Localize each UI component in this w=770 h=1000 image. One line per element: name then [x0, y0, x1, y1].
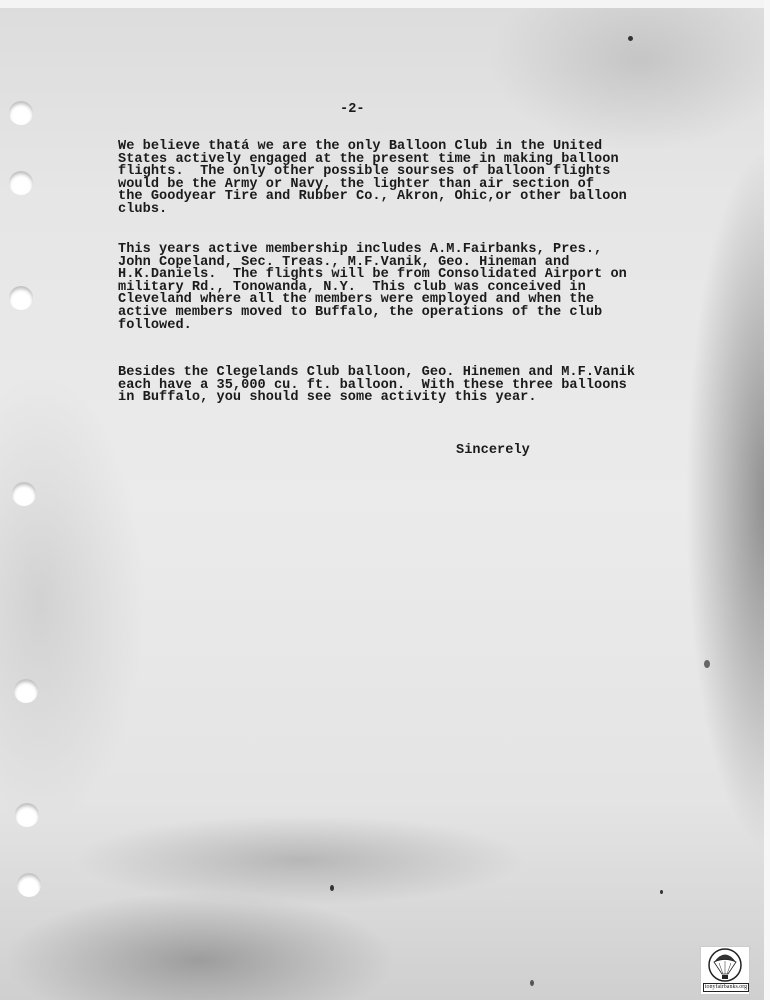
ink-speck	[660, 890, 663, 894]
scan-top-edge	[0, 0, 770, 8]
punch-hole	[17, 873, 41, 897]
watermark-text: tonyfairbanks.org	[703, 983, 749, 992]
paragraph-1: We believe thatá we are the only Balloon…	[118, 141, 627, 217]
punch-hole	[14, 679, 38, 703]
ink-speck	[330, 885, 334, 891]
watermark-logo: tonyfairbanks.org	[700, 946, 750, 995]
punch-hole	[12, 482, 36, 506]
punch-hole	[9, 286, 33, 310]
ink-speck	[628, 36, 633, 41]
scanned-letter-page: -2- We believe thatá we are the only Bal…	[0, 0, 770, 1000]
scan-right-edge	[764, 0, 770, 1000]
punch-hole	[9, 101, 33, 125]
hot-air-balloon-icon	[701, 947, 749, 985]
ink-speck	[530, 980, 534, 986]
punch-hole	[15, 803, 39, 827]
ink-speck	[704, 660, 710, 668]
page-number: -2-	[340, 104, 365, 117]
paragraph-2: This years active membership includes A.…	[118, 244, 627, 332]
paragraph-3: Besides the Clegelands Club balloon, Geo…	[118, 367, 635, 405]
punch-hole	[9, 171, 33, 195]
closing-signoff: Sincerely	[456, 445, 530, 458]
